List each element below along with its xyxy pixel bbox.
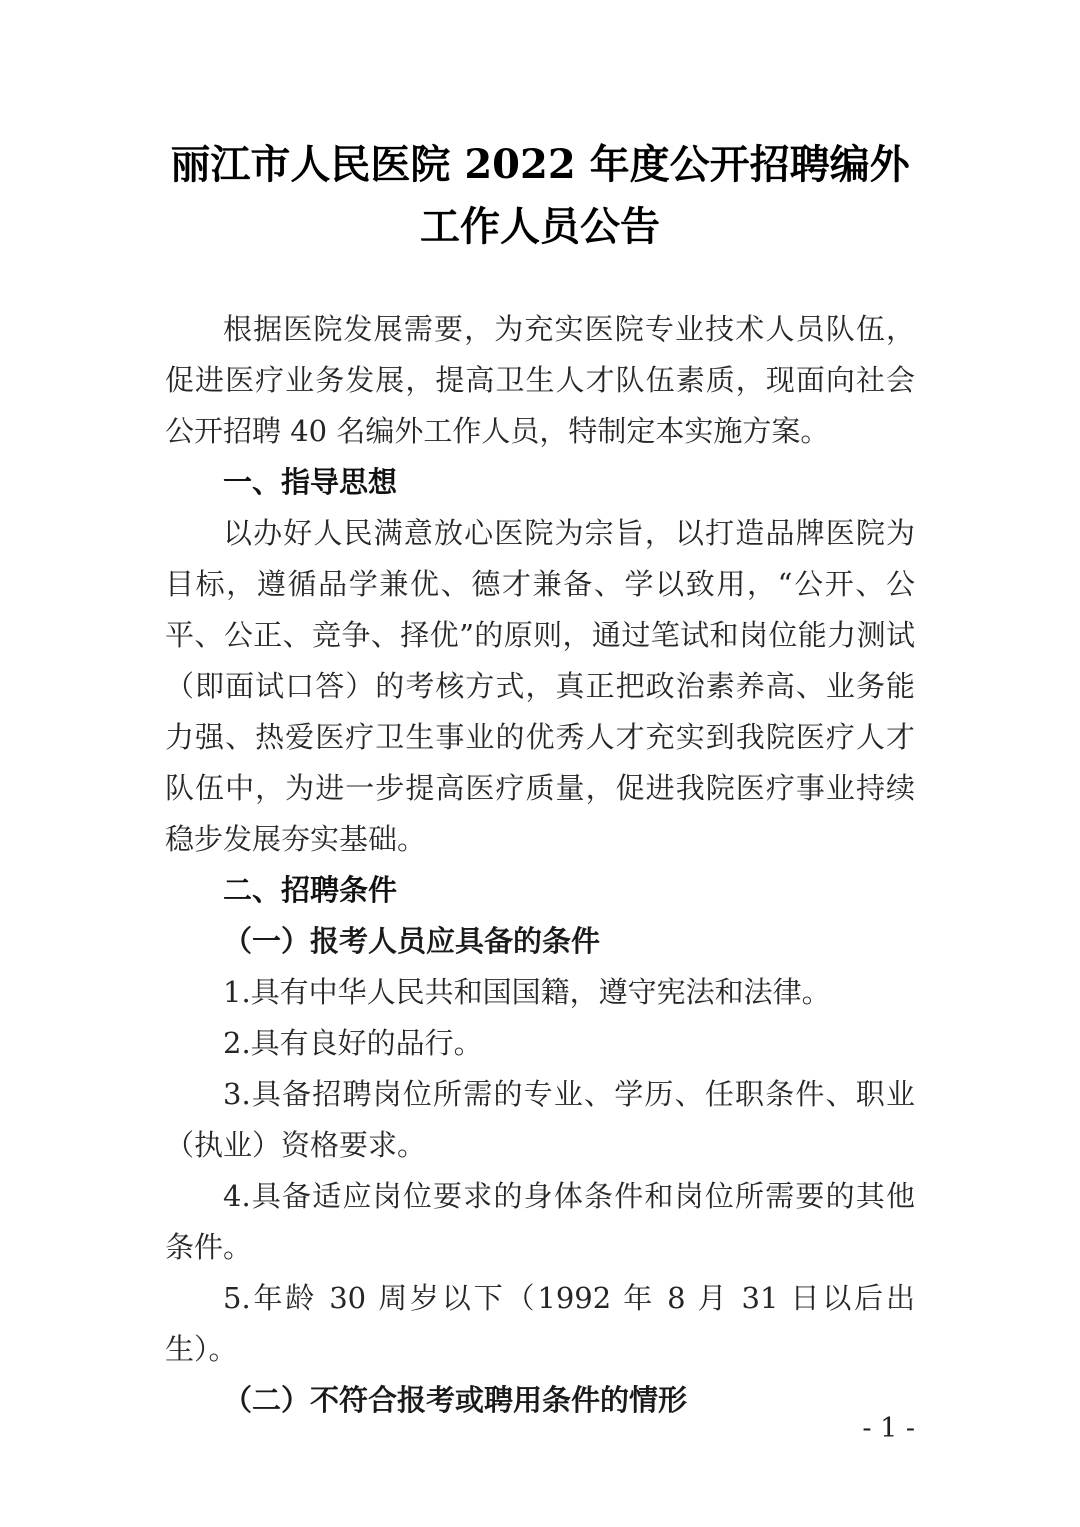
body-paragraph: 以办好人民满意放心医院为宗旨，以打造品牌医院为目标，遵循品学兼优、德才兼备、学以… [165,508,915,865]
subsection-heading: （二）不符合报考或聘用条件的情形 [165,1375,915,1426]
document-content: 丽江市人民医院 2022 年度公开招聘编外 工作人员公告 根据医院发展需要，为充… [165,0,915,1426]
section-heading: 二、招聘条件 [165,865,915,916]
body-paragraph: 5.年龄 30 周岁以下（1992 年 8 月 31 日以后出生）。 [165,1273,915,1375]
body-paragraph: 2.具有良好的品行。 [165,1018,915,1069]
document-body: 根据医院发展需要，为充实医院专业技术人员队伍，促进医疗业务发展，提高卫生人才队伍… [165,304,915,1426]
document-title-line-2: 工作人员公告 [165,196,915,258]
body-paragraph: 3.具备招聘岗位所需的专业、学历、任职条件、职业（执业）资格要求。 [165,1069,915,1171]
body-paragraph: 4.具备适应岗位要求的身体条件和岗位所需要的其他条件。 [165,1171,915,1273]
subsection-heading: （一）报考人员应具备的条件 [165,916,915,967]
document-title-line-1: 丽江市人民医院 2022 年度公开招聘编外 [165,134,915,196]
page-number: - 1 - [862,1413,915,1445]
body-paragraph: 根据医院发展需要，为充实医院专业技术人员队伍，促进医疗业务发展，提高卫生人才队伍… [165,304,915,457]
section-heading: 一、指导思想 [165,457,915,508]
document-title: 丽江市人民医院 2022 年度公开招聘编外 工作人员公告 [165,134,915,258]
document-page: 丽江市人民医院 2022 年度公开招聘编外 工作人员公告 根据医院发展需要，为充… [0,0,1080,1527]
body-paragraph: 1.具有中华人民共和国国籍，遵守宪法和法律。 [165,967,915,1018]
